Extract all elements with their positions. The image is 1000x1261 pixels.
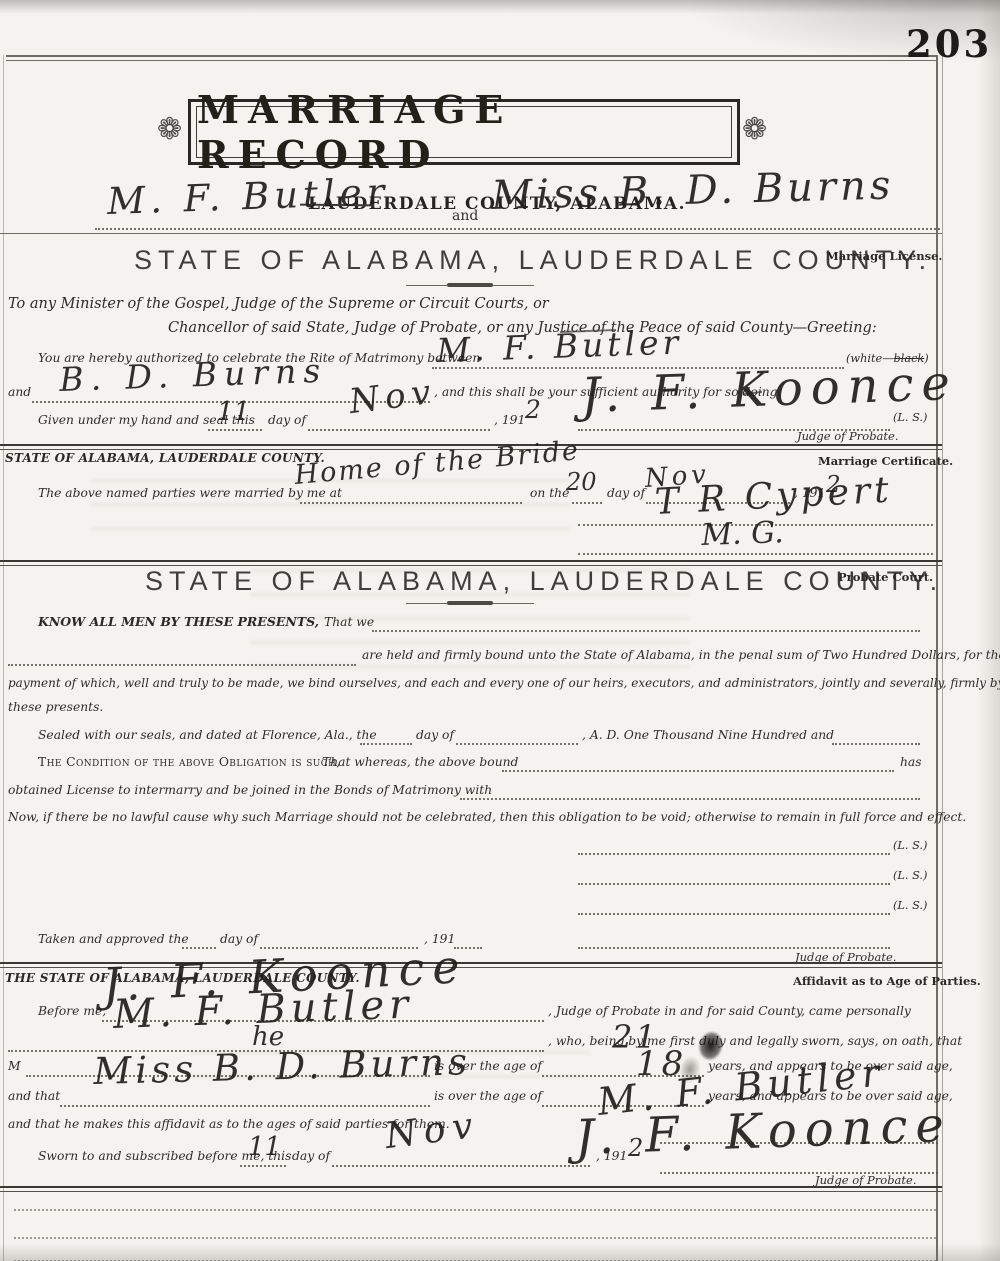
and-that-label: and that xyxy=(8,1090,60,1104)
sealed-day-of-label: day of xyxy=(416,729,454,743)
presents-text: these presents. xyxy=(8,701,103,715)
month-dotted-line xyxy=(308,427,490,431)
certificate-section-heading: STATE OF ALABAMA, LAUDERDALE COUNTY. xyxy=(5,452,325,465)
license-side-label: Marriage License. xyxy=(826,250,942,263)
before-me-text: Before me, xyxy=(38,1005,106,1019)
license-groom-handwriting: M. F. Butler xyxy=(436,322,683,370)
ls-seal-label-2: (L. S.) xyxy=(893,870,927,882)
affidavit-month-dotted xyxy=(332,1163,590,1167)
condition-lead: The Condition of the above Obligation is… xyxy=(38,756,341,770)
license-bride-handwriting: B. D. Burns xyxy=(59,351,328,399)
header-separator-rule xyxy=(0,233,942,234)
m-prefix-label: M xyxy=(8,1060,21,1074)
minister-title-dotted-line xyxy=(578,551,933,555)
affidavit-bride-handwriting: Miss B. D. Burns xyxy=(93,1040,472,1093)
day-dotted-line xyxy=(208,427,262,431)
top-border-rule xyxy=(6,55,936,57)
obtained-dotted xyxy=(460,796,920,800)
title-banner: MARRIAGE RECORD xyxy=(188,99,740,165)
age-text-2: is over the age of xyxy=(434,1090,542,1104)
judge-of-probate-label: Judge of Probate. xyxy=(797,430,899,443)
top-border-rule-thin xyxy=(6,60,936,61)
rosette-ornament-right-icon: ❁ xyxy=(742,112,767,147)
condition-text: That whereas, the above bound xyxy=(322,756,518,770)
sworn-oath-tail: , who, being by me first duly and legall… xyxy=(548,1035,962,1049)
payment-text: payment of which, well and truly to be m… xyxy=(8,677,1000,690)
ls-seal-label-1: (L. S.) xyxy=(893,840,927,852)
bride-affidavit-dotted xyxy=(60,1103,430,1107)
affidavit-side-label: Affidavit as to Age of Parties. xyxy=(793,975,981,988)
sealed-day-dotted xyxy=(360,741,412,745)
affidavit-month-handwriting: Nov xyxy=(383,1105,482,1157)
sealed-text: Sealed with our seals, and dated at Flor… xyxy=(38,729,377,743)
names-dotted-line xyxy=(95,226,940,230)
year-printed-label: , 191 xyxy=(494,414,525,428)
cert-day-of-label: day of xyxy=(607,487,645,501)
marriage-record-page: 203 MARRIAGE RECORD ❁ ❁ LAUDERDALE COUNT… xyxy=(0,0,1000,1261)
bond-names-dotted-line-2 xyxy=(8,662,356,666)
taken-day-of-label: day of xyxy=(220,933,258,947)
empty-dotted-line-1 xyxy=(14,1207,936,1211)
sealed-year-text: , A. D. One Thousand Nine Hundred and xyxy=(582,729,834,743)
condition-dotted xyxy=(502,768,894,772)
condition-tail: has xyxy=(900,756,922,770)
and-connector-label: and xyxy=(452,209,478,224)
taken-day-dotted xyxy=(182,945,216,949)
left-border-rule xyxy=(3,55,4,1261)
on-the-label: on the xyxy=(530,487,569,501)
license-month-handwriting: Nov xyxy=(347,372,439,422)
cert-day-handwriting: 20 xyxy=(566,468,597,496)
certificate-side-label: Marriage Certificate. xyxy=(818,455,953,468)
know-all-men-lead: KNOW ALL MEN BY THESE PRESENTS, xyxy=(38,615,319,629)
groom-name-handwriting: M. F. Butler xyxy=(106,170,389,223)
taken-text: Taken and approved the xyxy=(38,933,189,947)
seal-dotted-line-3 xyxy=(578,911,890,915)
day-of-label: day of xyxy=(268,414,306,428)
and-label: and xyxy=(8,386,31,400)
license-year-handwriting: 2 xyxy=(525,395,541,424)
bond-side-label: Probate Court. xyxy=(838,571,933,584)
license-section-heading: STATE OF ALABAMA, LAUDERDALE COUNTY. xyxy=(134,246,932,276)
page-title: MARRIAGE RECORD xyxy=(197,87,731,177)
judge-signature-handwriting-2: J. F. Koonce xyxy=(574,1097,953,1166)
section-separator-rule xyxy=(0,1186,942,1192)
minister-title-handwriting: M. G. xyxy=(701,515,784,553)
obtained-text: obtained License to intermarry and be jo… xyxy=(8,784,492,798)
bound-text: are held and firmly bound unto the State… xyxy=(362,649,1000,663)
license-day-handwriting: 11 xyxy=(217,397,250,427)
empty-dotted-line-2 xyxy=(14,1235,936,1239)
place-dotted-line xyxy=(300,500,522,504)
affidavit-day-dotted xyxy=(240,1163,286,1167)
now-text: Now, if there be no lawful cause why suc… xyxy=(8,811,966,825)
ls-seal-label: (L. S.) xyxy=(893,412,927,424)
title-banner-inner-border: MARRIAGE RECORD xyxy=(196,106,732,158)
ls-seal-label-3: (L. S.) xyxy=(893,900,927,912)
bond-names-dotted-line-1 xyxy=(372,628,920,632)
cert-day-dotted-line xyxy=(572,500,602,504)
seal-dotted-line-2 xyxy=(578,881,890,885)
sealed-year-dotted xyxy=(832,741,920,745)
sealed-month-dotted xyxy=(456,741,578,745)
ornamental-divider xyxy=(406,601,534,605)
affidavit-day-handwriting: 11 xyxy=(248,1132,281,1162)
addressee-line-1: To any Minister of the Gospel, Judge of … xyxy=(8,297,549,313)
bride-name-handwriting: Miss B. D. Burns xyxy=(491,162,895,219)
ornamental-divider xyxy=(406,283,534,287)
judge-of-probate-label: Judge of Probate. xyxy=(815,1174,917,1187)
affidavit-day-of-label: day of xyxy=(292,1150,330,1164)
bond-section-heading: STATE OF ALABAMA, LAUDERDALE COUNTY. xyxy=(145,567,943,597)
know-all-men-tail: That we xyxy=(324,616,374,630)
rosette-ornament-left-icon: ❁ xyxy=(157,112,182,147)
before-me-tail: , Judge of Probate in and for said Count… xyxy=(548,1005,911,1019)
seal-dotted-line-1 xyxy=(578,851,890,855)
page-number: 203 xyxy=(906,22,992,66)
taken-judge-dotted xyxy=(578,945,890,949)
